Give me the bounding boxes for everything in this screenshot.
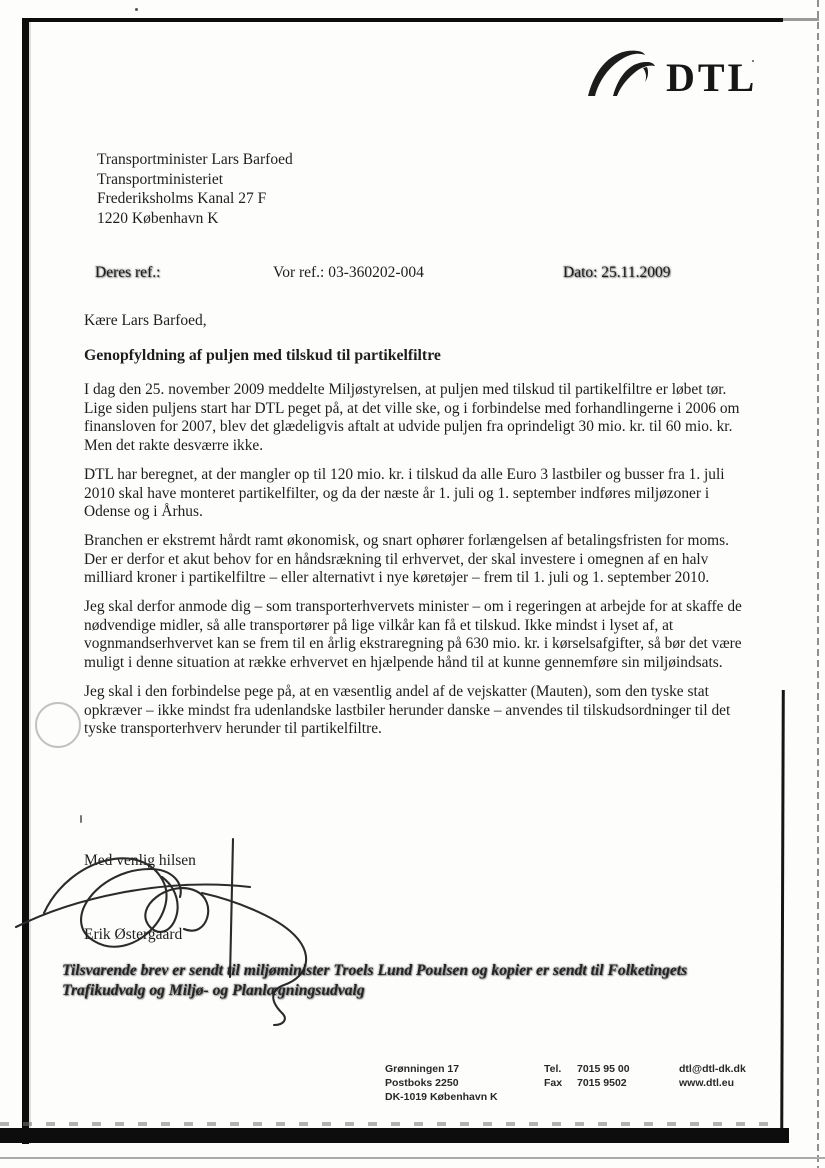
subject-line: Genopfyldning af puljen med tilskud til … — [84, 347, 441, 365]
fax-label: Fax — [544, 1076, 577, 1090]
footer-address-line: Grønningen 17 — [385, 1062, 498, 1076]
body-paragraph: Jeg skal i den forbindelse pege på, at e… — [84, 683, 743, 739]
scan-border-top — [22, 18, 783, 22]
body-paragraph: Jeg skal derfor anmode dig – som transpo… — [84, 598, 743, 673]
footer-web-block: dtl@dtl-dk.dk www.dtl.eu — [679, 1062, 746, 1090]
footer-phone-block: Tel. 7015 95 00 Fax 7015 9502 — [544, 1062, 630, 1090]
salutation: Kære Lars Barfoed, — [84, 312, 207, 330]
recipient-line: 1220 København K — [97, 209, 293, 229]
scan-border-right — [780, 690, 785, 1142]
dtl-logo-text: DTL — [666, 58, 757, 98]
scan-border-bottom — [0, 1128, 789, 1143]
footer-address-line: Postboks 2250 — [385, 1076, 498, 1090]
dtl-logo: DTL — [586, 46, 757, 98]
vor-ref-value: Vor ref.: 03-360202-004 — [273, 264, 424, 282]
punch-hole-mark — [35, 702, 81, 748]
scan-edge-bottom-line — [0, 1157, 825, 1159]
fax-value: 7015 9502 — [577, 1076, 627, 1090]
scanned-letter-page: DTL Transportminister Lars Barfoed Trans… — [0, 0, 825, 1168]
cc-note: Tilsvarende brev er sendt til miljøminis… — [62, 961, 732, 1001]
letter-body: I dag den 25. november 2009 meddelte Mil… — [84, 381, 743, 749]
recipient-line: Transportministeriet — [97, 170, 293, 190]
scan-speck — [135, 8, 138, 11]
recipient-address-block: Transportminister Lars Barfoed Transport… — [97, 150, 293, 228]
scan-border-left — [22, 18, 29, 1144]
scan-edge-dashed-line — [817, 0, 819, 1168]
deres-ref-label: Deres ref.: — [95, 264, 160, 282]
footer-email: dtl@dtl-dk.dk — [679, 1062, 746, 1076]
body-paragraph: DTL har beregnet, at der mangler op til … — [84, 466, 743, 522]
tel-label: Tel. — [544, 1062, 577, 1076]
recipient-line: Frederiksholms Kanal 27 F — [97, 189, 293, 209]
footer-tel-row: Tel. 7015 95 00 — [544, 1062, 630, 1076]
footer-fax-row: Fax 7015 9502 — [544, 1076, 630, 1090]
tel-value: 7015 95 00 — [577, 1062, 630, 1076]
closing-phrase: Med venlig hilsen — [84, 852, 196, 870]
recipient-line: Transportminister Lars Barfoed — [97, 150, 293, 170]
date-value: Dato: 25.11.2009 — [563, 264, 671, 282]
scan-speck — [80, 815, 82, 823]
scan-border-bottom-fuzz — [0, 1122, 780, 1126]
dtl-swoosh-icon — [586, 46, 664, 98]
footer-address-block: Grønningen 17 Postboks 2250 DK-1019 Købe… — [385, 1062, 498, 1104]
footer-website: www.dtl.eu — [679, 1076, 746, 1090]
scan-border-top-fuzz — [783, 18, 819, 21]
body-paragraph: I dag den 25. november 2009 meddelte Mil… — [84, 381, 743, 456]
body-paragraph: Branchen er ekstremt hårdt ramt økonomis… — [84, 532, 743, 588]
footer-address-line: DK-1019 København K — [385, 1090, 498, 1104]
signer-name: Erik Østergaard — [84, 926, 182, 944]
